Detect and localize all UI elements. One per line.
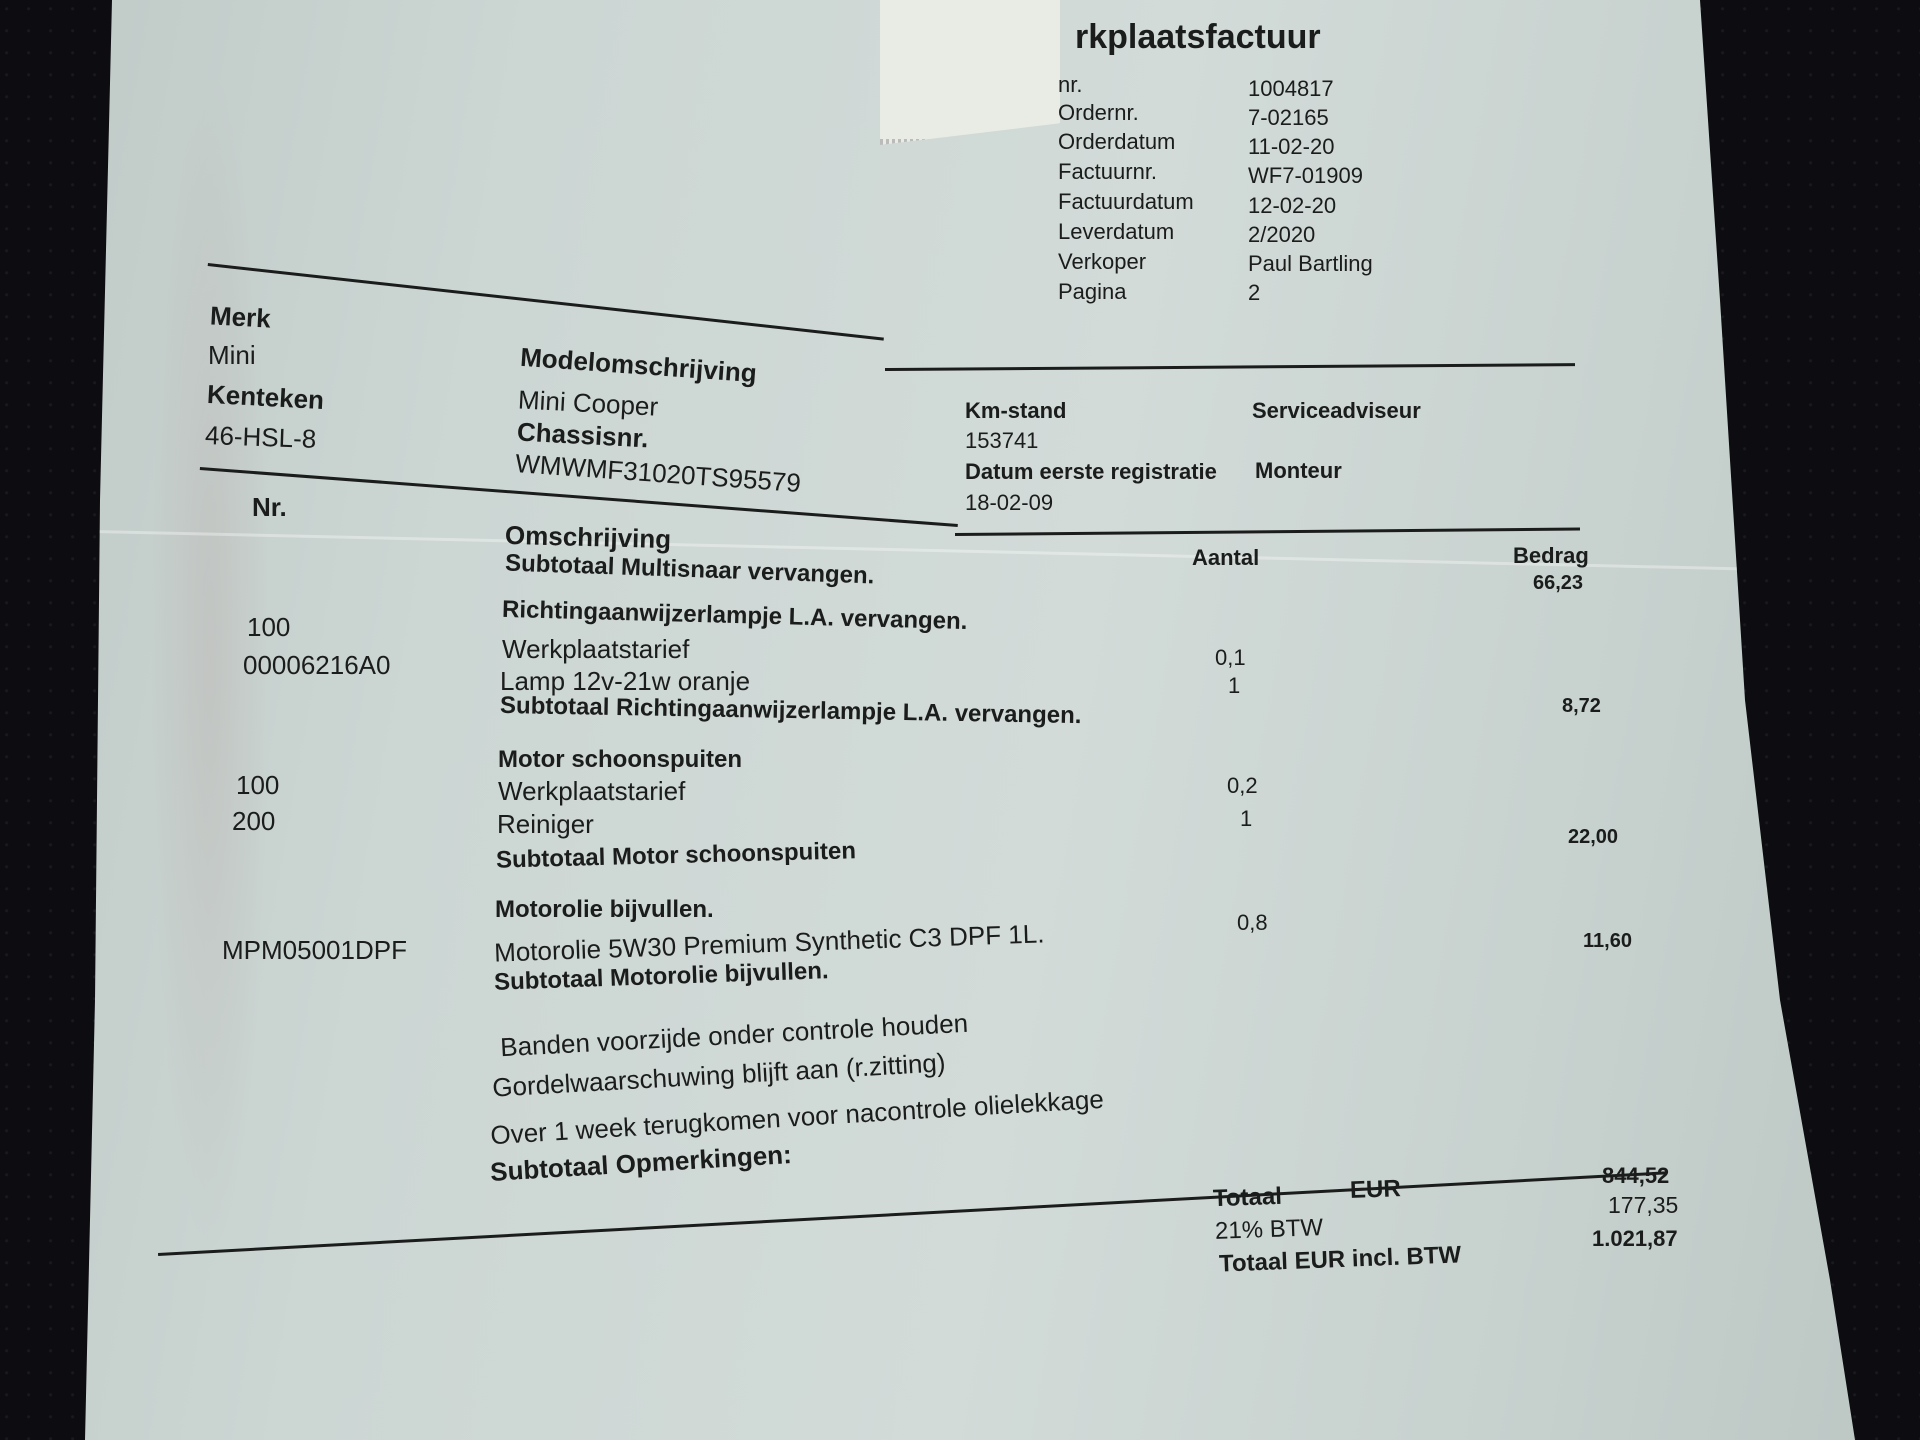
item-nr: 100 (247, 612, 290, 643)
item-desc: Reiniger (497, 809, 594, 840)
item-qty: 0,8 (1237, 910, 1268, 936)
km-value: 153741 (965, 428, 1038, 454)
group-amount: 11,60 (1583, 930, 1632, 953)
km-label: Km-stand (965, 398, 1066, 424)
paper-crease (95, 530, 1745, 570)
sticker-label (880, 0, 1060, 145)
field-label: Factuurdatum (1058, 189, 1194, 215)
btw-value: 177,35 (1608, 1192, 1678, 1219)
kenteken-label: Kenteken (206, 379, 325, 416)
invoice-title: rkplaatsfactuur (1075, 18, 1321, 57)
field-label: Leverdatum (1058, 219, 1174, 245)
field-value: 2/2020 (1248, 222, 1315, 248)
col-bedrag: Bedrag (1513, 543, 1589, 569)
field-value: 11-02-20 (1248, 134, 1334, 160)
merk-label: Merk (209, 300, 271, 334)
item-qty: 0,2 (1227, 773, 1258, 799)
field-value: 2 (1248, 280, 1260, 306)
item-qty: 1 (1240, 806, 1252, 832)
totaal-label: Totaal (1213, 1183, 1283, 1213)
field-label: Ordernr. (1058, 100, 1139, 126)
item-desc: Werkplaatstarief (498, 776, 685, 807)
group-amount: 22,00 (1568, 826, 1618, 849)
currency-label: EUR (1350, 1175, 1402, 1205)
group-heading: Motorolie bijvullen. (495, 896, 714, 924)
btw-label: 21% BTW (1215, 1214, 1324, 1246)
field-label: nr. (1058, 72, 1082, 98)
totaal-value: 844,52 (1602, 1163, 1669, 1189)
field-value: Paul Bartling (1248, 251, 1373, 277)
col-aantal: Aantal (1192, 545, 1259, 571)
group-heading: Motor schoonspuiten (498, 746, 742, 774)
amount-multisnaar: 66,23 (1533, 572, 1583, 595)
item-nr: MPM05001DPF (222, 935, 407, 966)
field-value: WF7-01909 (1248, 163, 1363, 189)
merk-value: Mini (208, 340, 256, 371)
field-label: Pagina (1058, 279, 1127, 305)
item-nr: 00006216A0 (243, 650, 390, 681)
serviceadviseur-label: Serviceadviseur (1252, 398, 1421, 424)
registratie-value: 18-02-09 (965, 490, 1053, 516)
col-nr: Nr. (252, 492, 287, 523)
field-label: Verkoper (1058, 249, 1146, 275)
item-nr: 100 (236, 770, 279, 801)
kenteken-value: 46-HSL-8 (204, 420, 316, 455)
item-desc: Werkplaatstarief (502, 634, 689, 665)
monteur-label: Monteur (1255, 458, 1342, 484)
field-value: 12-02-20 (1248, 193, 1336, 219)
field-label: Orderdatum (1058, 129, 1175, 155)
item-nr: 200 (232, 806, 275, 837)
field-value: 7-02165 (1248, 105, 1329, 131)
item-qty: 1 (1228, 673, 1240, 699)
item-qty: 0,1 (1215, 645, 1246, 671)
registratie-label: Datum eerste registratie (965, 459, 1217, 485)
field-value: 1004817 (1248, 76, 1334, 102)
group-amount: 8,72 (1562, 695, 1601, 718)
incl-value: 1.021,87 (1592, 1226, 1678, 1252)
field-label: Factuurnr. (1058, 159, 1157, 185)
